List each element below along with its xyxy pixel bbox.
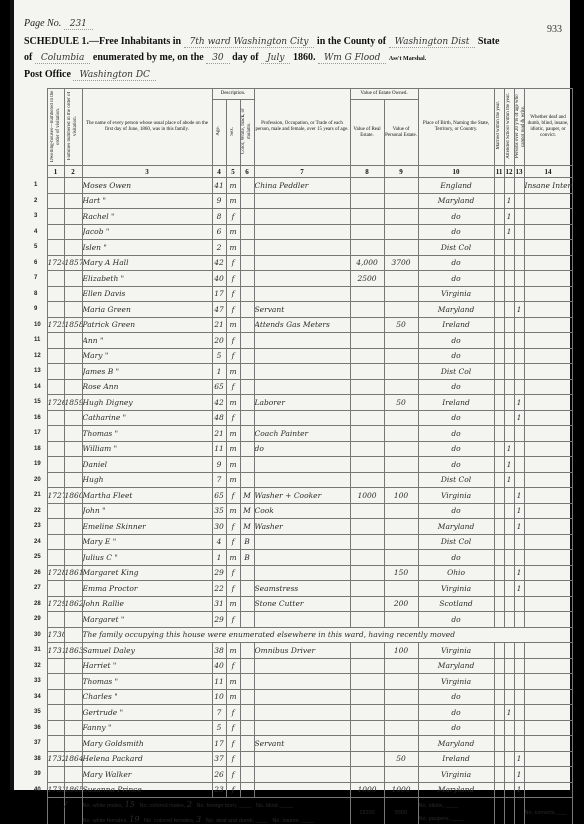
condition — [524, 705, 572, 721]
color — [240, 612, 254, 628]
occupation — [254, 782, 350, 798]
birthplace: do — [418, 348, 494, 364]
table-row: 8Ellen Davis17fVirginia — [30, 286, 572, 302]
cannot-read-write — [514, 674, 524, 690]
table-row: 2617281861Margaret King29f150Ohio1 — [30, 565, 572, 581]
attended-school — [504, 751, 514, 767]
dwelling-number — [47, 674, 64, 690]
dwelling-number — [47, 271, 64, 287]
personal-estate-value — [384, 364, 418, 380]
cannot-read-write — [514, 426, 524, 442]
table-row: 18William "11mdodo1 — [30, 441, 572, 457]
family-number: 1859 — [64, 395, 82, 411]
age: 29 — [212, 612, 226, 628]
age: 8 — [212, 209, 226, 225]
family-number — [64, 178, 82, 194]
personal-estate-value: 150 — [384, 565, 418, 581]
real-estate-value — [350, 240, 384, 256]
personal-estate-value: 50 — [384, 317, 418, 333]
post-office-value: Washington DC — [73, 70, 155, 81]
attended-school — [504, 240, 514, 256]
color — [240, 767, 254, 783]
household-note: The family occupying this house were enu… — [82, 627, 572, 643]
line-number: 25 — [30, 550, 47, 566]
real-estate-value — [350, 689, 384, 705]
personal-estate-value — [384, 767, 418, 783]
sex: f — [226, 271, 240, 287]
birthplace: Ohio — [418, 565, 494, 581]
sex: m — [226, 689, 240, 705]
age: 5 — [212, 720, 226, 736]
age: 5 — [212, 348, 226, 364]
cannot-read-write — [514, 178, 524, 194]
family-number — [64, 441, 82, 457]
dwelling-number — [47, 379, 64, 395]
attended-school — [504, 178, 514, 194]
age: 17 — [212, 286, 226, 302]
day-value: 30 — [206, 53, 229, 64]
birthplace: do — [418, 379, 494, 395]
table-row: 17Thomas "21mCoach Painterdo — [30, 426, 572, 442]
person-name: Ann " — [82, 333, 212, 349]
family-number — [64, 705, 82, 721]
line-number: 9 — [30, 302, 47, 318]
sex: f — [226, 302, 240, 318]
col-number: 11 — [494, 166, 504, 178]
married-within-year — [494, 379, 504, 395]
person-name: Patrick Green — [82, 317, 212, 333]
personal-estate-value — [384, 271, 418, 287]
person-name: William " — [82, 441, 212, 457]
condition — [524, 565, 572, 581]
attended-school — [504, 658, 514, 674]
cannot-read-write — [514, 658, 524, 674]
attended-school — [504, 550, 514, 566]
person-name: James B " — [82, 364, 212, 380]
sex: m — [226, 364, 240, 380]
condition — [524, 658, 572, 674]
real-estate-value — [350, 348, 384, 364]
condition — [524, 255, 572, 271]
married-within-year — [494, 705, 504, 721]
color — [240, 643, 254, 659]
personal-estate-value — [384, 426, 418, 442]
cannot-read-write — [514, 457, 524, 473]
birthplace: Maryland — [418, 736, 494, 752]
person-name: Susanna Prince — [82, 782, 212, 798]
dwelling-number: 1727 — [47, 488, 64, 504]
birthplace: Maryland — [418, 782, 494, 798]
real-estate-value — [350, 178, 384, 194]
color — [240, 240, 254, 256]
dwelling-number: 1728 — [47, 565, 64, 581]
attended-school — [504, 379, 514, 395]
real-estate-value — [350, 457, 384, 473]
white-males-count: 15 — [125, 800, 135, 809]
attended-school: 1 — [504, 209, 514, 225]
person-name: Elizabeth " — [82, 271, 212, 287]
color — [240, 441, 254, 457]
age: 26 — [212, 767, 226, 783]
color — [240, 472, 254, 488]
cannot-read-write — [514, 534, 524, 550]
occupation: Washer — [254, 519, 350, 535]
birthplace: do — [418, 255, 494, 271]
table-row: 16Catharine "48fdo1 — [30, 410, 572, 426]
color: B — [240, 534, 254, 550]
col-10-header: Place of Birth, Naming the State, Territ… — [418, 89, 494, 166]
sex: m — [226, 472, 240, 488]
personal-estate-value: 3700 — [384, 255, 418, 271]
married-within-year — [494, 581, 504, 597]
condition — [524, 302, 572, 318]
person-name: Mary A Hall — [82, 255, 212, 271]
dwelling-number — [47, 178, 64, 194]
col-number: 8 — [350, 166, 384, 178]
cannot-read-write — [514, 224, 524, 240]
cannot-read-write: 1 — [514, 302, 524, 318]
table-row: 37Mary Goldsmith17fServantMaryland — [30, 736, 572, 752]
col-number: 7 — [254, 166, 350, 178]
sex: f — [226, 658, 240, 674]
color — [240, 705, 254, 721]
cannot-read-write: 1 — [514, 503, 524, 519]
dwelling-number — [47, 534, 64, 550]
occupation — [254, 457, 350, 473]
color — [240, 658, 254, 674]
family-number — [64, 286, 82, 302]
family-number — [64, 271, 82, 287]
attended-school — [504, 612, 514, 628]
married-within-year — [494, 720, 504, 736]
occupation: Washer + Cooker — [254, 488, 350, 504]
line-number: 34 — [30, 689, 47, 705]
color — [240, 317, 254, 333]
personal-estate-value — [384, 550, 418, 566]
dwelling-number — [47, 240, 64, 256]
family-number — [64, 612, 82, 628]
person-name: John Rallie — [82, 596, 212, 612]
birthplace: Virginia — [418, 581, 494, 597]
age: 6 — [212, 224, 226, 240]
family-number — [64, 209, 82, 225]
condition — [524, 379, 572, 395]
personal-estate-value — [384, 658, 418, 674]
table-row: 25Julius C "1mBdo — [30, 550, 572, 566]
person-name: Rachel " — [82, 209, 212, 225]
dwelling-number: 1730 — [47, 627, 64, 643]
birthplace: do — [418, 410, 494, 426]
dwelling-number — [47, 658, 64, 674]
table-row: 35Gertrude "7fdo1 — [30, 705, 572, 721]
age: 40 — [212, 658, 226, 674]
col-number: 2 — [64, 166, 82, 178]
col-number: 3 — [82, 166, 212, 178]
occupation — [254, 193, 350, 209]
color — [240, 426, 254, 442]
line-number: 30 — [30, 627, 47, 643]
married-within-year — [494, 441, 504, 457]
table-row: 9Maria Green47fServantMaryland1 — [30, 302, 572, 318]
condition — [524, 410, 572, 426]
attended-school — [504, 519, 514, 535]
cannot-read-write — [514, 333, 524, 349]
real-estate-value — [350, 643, 384, 659]
occupation — [254, 379, 350, 395]
person-name: Margaret " — [82, 612, 212, 628]
col-9-header: Value of Personal Estate. — [384, 100, 418, 166]
attended-school: 1 — [504, 457, 514, 473]
real-estate-value — [350, 674, 384, 690]
dwelling-number — [47, 193, 64, 209]
table-row: 3817321864Helena Packard37f50Ireland1 — [30, 751, 572, 767]
birthplace: Virginia — [418, 767, 494, 783]
birthplace: Maryland — [418, 302, 494, 318]
schedule-header: SCHEDULE 1.—Free Inhabitants in 7th ward… — [24, 34, 544, 83]
family-number — [64, 472, 82, 488]
attended-school — [504, 736, 514, 752]
stamp-number: 933 — [547, 24, 562, 35]
color — [240, 751, 254, 767]
birthplace: Virginia — [418, 674, 494, 690]
family-number — [64, 240, 82, 256]
age: 11 — [212, 674, 226, 690]
page-number-value: 231 — [64, 19, 93, 30]
attended-school — [504, 255, 514, 271]
occupation — [254, 658, 350, 674]
person-name: Islen " — [82, 240, 212, 256]
personal-estate-value — [384, 736, 418, 752]
cannot-read-write: 1 — [514, 519, 524, 535]
condition — [524, 209, 572, 225]
sex: f — [226, 751, 240, 767]
table-row: 12Mary "5fdo — [30, 348, 572, 364]
occupation: China Peddler — [254, 178, 350, 194]
age: 20 — [212, 333, 226, 349]
person-name: Catharine " — [82, 410, 212, 426]
dwelling-number — [47, 457, 64, 473]
occupation: Coach Painter — [254, 426, 350, 442]
color — [240, 255, 254, 271]
birthplace: Maryland — [418, 193, 494, 209]
personal-estate-value: 100 — [384, 643, 418, 659]
birthplace: do — [418, 550, 494, 566]
birthplace: do — [418, 426, 494, 442]
occupation: Servant — [254, 302, 350, 318]
line-number: 38 — [30, 751, 47, 767]
col-3-header: The name of every person whose usual pla… — [82, 89, 212, 166]
color: M — [240, 488, 254, 504]
col-12-header: Attended School within the year. — [504, 89, 514, 166]
sex: m — [226, 395, 240, 411]
cannot-read-write — [514, 255, 524, 271]
person-name: Thomas " — [82, 674, 212, 690]
sex: f — [226, 782, 240, 798]
condition — [524, 317, 572, 333]
person-name: Gertrude " — [82, 705, 212, 721]
occupation — [254, 705, 350, 721]
sex: f — [226, 348, 240, 364]
personal-estate-value: 100 — [384, 488, 418, 504]
family-number — [64, 348, 82, 364]
sex: f — [226, 333, 240, 349]
married-within-year — [494, 550, 504, 566]
cannot-read-write — [514, 271, 524, 287]
color — [240, 209, 254, 225]
married-within-year — [494, 736, 504, 752]
color: M — [240, 519, 254, 535]
attended-school — [504, 674, 514, 690]
birthplace: Ireland — [418, 317, 494, 333]
cannot-read-write: 1 — [514, 581, 524, 597]
married-within-year — [494, 457, 504, 473]
family-number — [64, 581, 82, 597]
color — [240, 348, 254, 364]
color — [240, 457, 254, 473]
schedule-label: SCHEDULE 1.—Free Inhabitants in — [24, 36, 181, 47]
col-number: 13 — [514, 166, 524, 178]
occupation: Stone Cutter — [254, 596, 350, 612]
sex: f — [226, 612, 240, 628]
attended-school — [504, 643, 514, 659]
person-name: Helena Packard — [82, 751, 212, 767]
married-within-year — [494, 689, 504, 705]
sex: m — [226, 674, 240, 690]
family-number: 1857 — [64, 255, 82, 271]
condition — [524, 674, 572, 690]
line-number: 3 — [30, 209, 47, 225]
occupation — [254, 209, 350, 225]
birthplace: Maryland — [418, 658, 494, 674]
dwelling-number: 1726 — [47, 395, 64, 411]
real-estate-value — [350, 364, 384, 380]
occupation — [254, 224, 350, 240]
birthplace: Dist Col — [418, 534, 494, 550]
table-row: 3117311863Samuel Daley38mOmnibus Driver1… — [30, 643, 572, 659]
sex: f — [226, 581, 240, 597]
person-name: Mary " — [82, 348, 212, 364]
birthplace: do — [418, 333, 494, 349]
real-estate-value — [350, 302, 384, 318]
occupation: Attends Gas Meters — [254, 317, 350, 333]
dwelling-number: 1731 — [47, 643, 64, 659]
cannot-read-write: 1 — [514, 488, 524, 504]
personal-estate-value — [384, 457, 418, 473]
dwelling-number: 1732 — [47, 751, 64, 767]
line-number: 15 — [30, 395, 47, 411]
occupation — [254, 565, 350, 581]
condition — [524, 534, 572, 550]
col-13-header: Persons over 20 y'rs of age who cannot r… — [514, 89, 524, 166]
personal-estate-value — [384, 224, 418, 240]
person-name: Samuel Daley — [82, 643, 212, 659]
summary-convicts: No. convicts, ___ — [524, 798, 572, 824]
family-number — [64, 333, 82, 349]
personal-estate-value — [384, 689, 418, 705]
sex: m — [226, 457, 240, 473]
birthplace: Dist Col — [418, 364, 494, 380]
attended-school — [504, 720, 514, 736]
real-estate-value — [350, 658, 384, 674]
family-number — [64, 689, 82, 705]
col-number: 6 — [240, 166, 254, 178]
page-number-label: Page No. — [24, 18, 61, 29]
occupation — [254, 410, 350, 426]
occupation — [254, 348, 350, 364]
cannot-read-write — [514, 643, 524, 659]
county-label: in the County of — [317, 36, 386, 47]
table-row: 34Charles "10mdo — [30, 689, 572, 705]
married-within-year — [494, 658, 504, 674]
married-within-year — [494, 240, 504, 256]
line-number: 32 — [30, 658, 47, 674]
age: 11 — [212, 441, 226, 457]
table-row: 29Margaret "29fdo — [30, 612, 572, 628]
sex: m — [226, 317, 240, 333]
condition — [524, 488, 572, 504]
color — [240, 379, 254, 395]
family-number: 1864 — [64, 751, 82, 767]
color — [240, 736, 254, 752]
color — [240, 565, 254, 581]
dwelling-number — [47, 720, 64, 736]
dwelling-number — [47, 767, 64, 783]
family-number — [64, 674, 82, 690]
occupation — [254, 286, 350, 302]
personal-estate-value: 50 — [384, 751, 418, 767]
real-estate-value — [350, 503, 384, 519]
occupation — [254, 767, 350, 783]
real-estate-value — [350, 395, 384, 411]
attended-school: 1 — [504, 193, 514, 209]
dwelling-number — [47, 209, 64, 225]
table-row: 20Hugh7mDist Col1 — [30, 472, 572, 488]
condition — [524, 581, 572, 597]
condition — [524, 720, 572, 736]
real-estate-value — [350, 767, 384, 783]
personal-estate-value — [384, 209, 418, 225]
age: 48 — [212, 410, 226, 426]
real-estate-value — [350, 705, 384, 721]
condition — [524, 596, 572, 612]
age: 10 — [212, 689, 226, 705]
family-number — [64, 457, 82, 473]
personal-estate-value — [384, 674, 418, 690]
married-within-year — [494, 224, 504, 240]
color — [240, 364, 254, 380]
birthplace: Scotland — [418, 596, 494, 612]
personal-estate-value — [384, 348, 418, 364]
occupation: Laborer — [254, 395, 350, 411]
person-name: Emma Proctor — [82, 581, 212, 597]
personal-estate-value — [384, 441, 418, 457]
family-number — [64, 658, 82, 674]
family-number — [64, 410, 82, 426]
enumerated-label: enumerated by me, on the — [93, 52, 204, 63]
sex: m — [226, 441, 240, 457]
summary-row: No. white males, 15 No. colored males, 2… — [30, 798, 572, 824]
condition — [524, 426, 572, 442]
occupation: Omnibus Driver — [254, 643, 350, 659]
color — [240, 224, 254, 240]
sex: m — [226, 643, 240, 659]
table-row: 24Mary E "4fBDist Col — [30, 534, 572, 550]
line-number: 26 — [30, 565, 47, 581]
estate-header: Value of Estate Owned. — [350, 89, 418, 100]
birthplace: do — [418, 705, 494, 721]
age: 31 — [212, 596, 226, 612]
family-number: 1863 — [64, 643, 82, 659]
